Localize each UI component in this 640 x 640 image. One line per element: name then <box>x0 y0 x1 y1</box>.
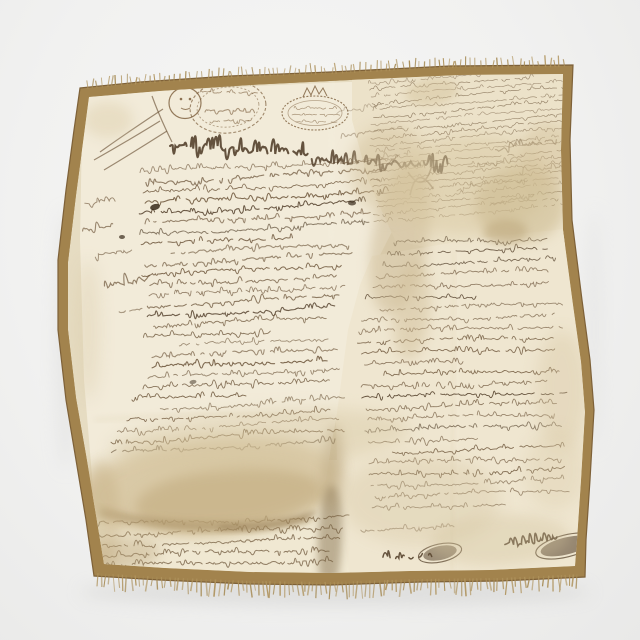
scarf-fabric <box>68 62 599 595</box>
manuscript-scarf-illustration <box>0 0 640 640</box>
product-photo <box>0 0 640 640</box>
